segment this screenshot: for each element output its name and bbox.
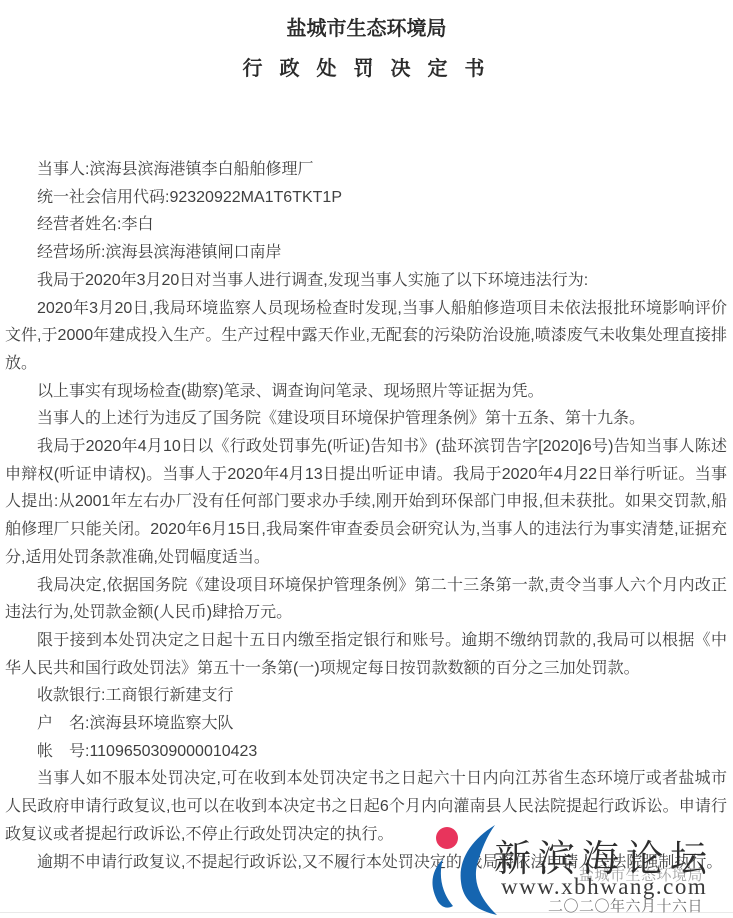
document-body: 当事人:滨海县滨海港镇李白船舶修理厂统一社会信用代码:92320922MA1T6… — [5, 156, 727, 876]
watermark-site-url: www.xbhwang.com — [501, 874, 707, 900]
document-paragraph: 我局决定,依据国务院《建设项目环境保护管理条例》第二十三条第一款,责令当事人六个… — [5, 572, 727, 627]
document-paragraph: 以上事实有现场检查(勘察)笔录、调查询问笔录、现场照片等证据为凭。 — [5, 378, 727, 406]
document-paragraph: 2020年3月20日,我局环境监察人员现场检查时发现,当事人船舶修造项目未依法报… — [5, 295, 727, 378]
document-paragraph: 当事人的上述行为违反了国务院《建设项目环境保护管理条例》第十五条、第十九条。 — [5, 405, 727, 433]
document-paragraph: 收款银行:工商银行新建支行 — [5, 682, 727, 710]
document-agency-title: 盐城市生态环境局 — [0, 0, 733, 41]
document-paragraph: 帐 号:1109650309000010423 — [5, 738, 727, 766]
document-paragraph: 统一社会信用代码:92320922MA1T6TKT1P — [5, 184, 727, 212]
document-paragraph: 经营场所:滨海县滨海港镇闸口南岸 — [5, 239, 727, 267]
document-paragraph: 户 名:滨海县环境监察大队 — [5, 710, 727, 738]
document-paragraph: 我局于2020年3月20日对当事人进行调查,发现当事人实施了以下环境违法行为: — [5, 267, 727, 295]
document-paragraph: 限于接到本处罚决定之日起十五日内缴至指定银行和账号。逾期不缴纳罚款的,我局可以根… — [5, 627, 727, 682]
xbhwang-dancer-logo-icon — [424, 820, 504, 916]
document-paragraph: 我局于2020年4月10日以《行政处罚事先(听证)告知书》(盐环滨罚告字[202… — [5, 433, 727, 572]
penalty-decision-document: 盐城市生态环境局 行 政 处 罚 决 定 书 当事人:滨海县滨海港镇李白船舶修理… — [0, 0, 733, 918]
document-paragraph: 经营者姓名:李白 — [5, 211, 727, 239]
document-title: 行 政 处 罚 决 定 书 — [0, 52, 733, 81]
document-paragraph: 当事人:滨海县滨海港镇李白船舶修理厂 — [5, 156, 727, 184]
watermark: 新滨海论坛 www.xbhwang.com — [424, 818, 733, 915]
